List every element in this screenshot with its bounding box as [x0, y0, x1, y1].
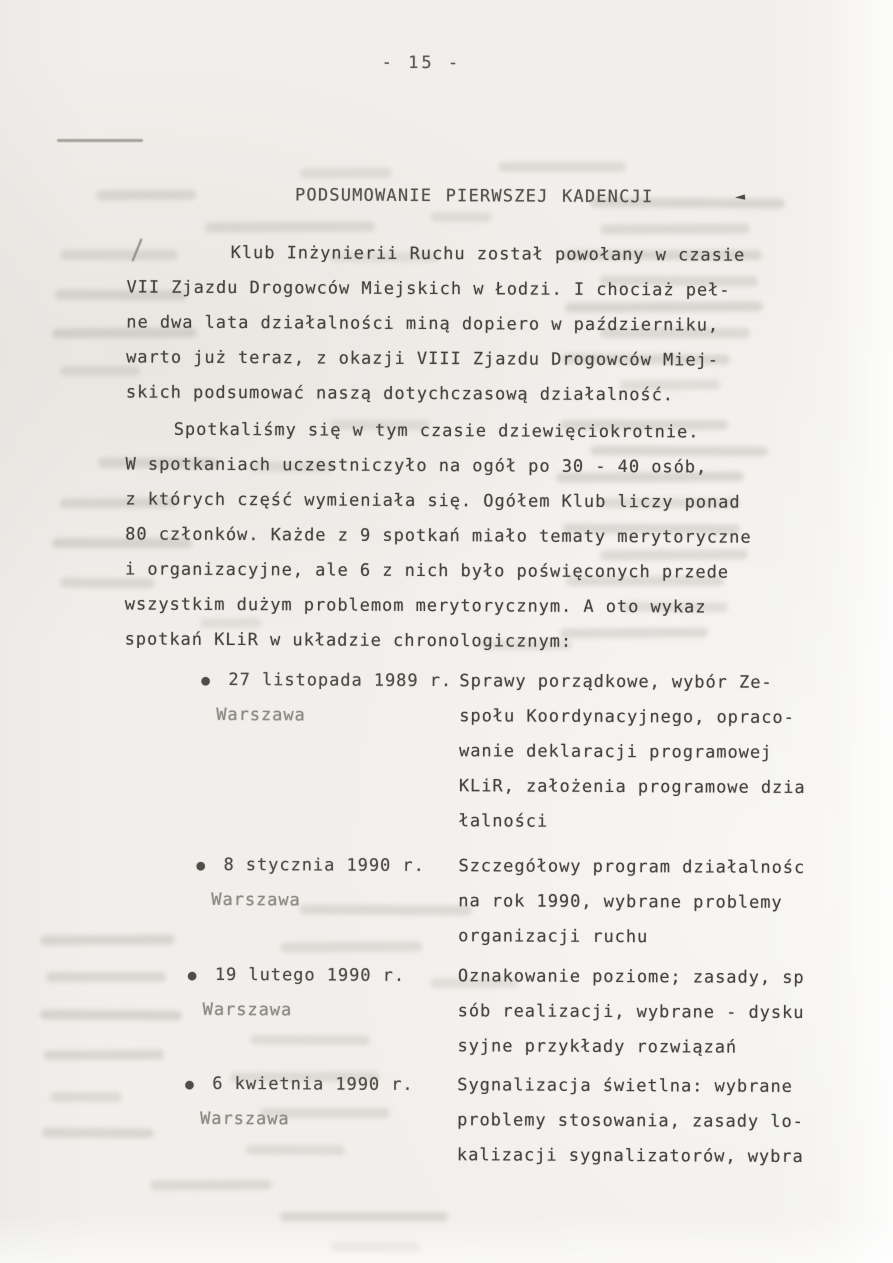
meeting-topic-line: organizacji ruchu [458, 919, 878, 956]
paragraph: Spotkaliśmy się w tym czasie dziewięciok… [125, 412, 861, 661]
meeting-entry: ●27 listopada 1989 r.WarszawaSprawy porz… [0, 662, 890, 667]
paragraph-line: Klub Inżynierii Ruchu został powołany w … [231, 236, 862, 274]
meeting-topic-line: kalizacji sygnalizatorów, wybra [457, 1138, 877, 1175]
paragraph-line: skich podsumować naszą dotychczasową dzi… [126, 375, 861, 414]
paragraphs: Klub Inżynierii Ruchu został powołany w … [0, 0, 893, 2]
meeting-topic-line: łalności [459, 804, 879, 841]
meeting-topic-line: syjne przykłady rozwiązań [457, 1029, 877, 1066]
meeting-place: Warszawa [203, 993, 405, 1029]
paragraph-line: z których część wymieniała się. Ogółem K… [125, 482, 860, 521]
paragraph-line: 80 członków. Każde z 9 spotkań miało tem… [125, 517, 860, 556]
meeting-entry: ●19 lutego 1990 r.WarszawaOznakowanie po… [0, 957, 888, 962]
meeting-topic: Sprawy porządkowe, wybór Ze-społu Koordy… [459, 664, 880, 841]
meeting-topic-line: sób realizacji, wybrane - dysku [458, 994, 878, 1031]
page-content: - 15 - PODSUMOWANIE PIERWSZEJ KADENCJI ◄… [0, 0, 893, 1263]
meeting-topic-line: Sygnalizacja świetlna: wybrane [457, 1068, 877, 1105]
meeting-topic-line: Oznakowanie poziome; zasady, sp [458, 959, 878, 996]
meeting-entry: ●6 kwietnia 1990 r.WarszawaSygnalizacja … [0, 1066, 887, 1071]
paragraph-line: W spotkaniach uczestniczyło na ogół po 3… [125, 447, 860, 486]
paragraph-line: i organizacyjne, ale 6 z nich było poświ… [125, 552, 860, 591]
scanned-page: - 15 - PODSUMOWANIE PIERWSZEJ KADENCJI ◄… [0, 0, 893, 1263]
meeting-date: ●19 lutego 1990 r. [215, 958, 405, 994]
meeting-left-column: ●8 stycznia 1990 r.Warszawa [223, 848, 425, 919]
meeting-left-column: ●6 kwietnia 1990 r.Warszawa [212, 1067, 414, 1138]
meeting-place: Warszawa [200, 1102, 414, 1138]
meeting-topic-line: społu Koordynacyjnego, opraco- [459, 699, 879, 736]
meeting-place: Warszawa [216, 698, 452, 734]
meeting-entry: ●8 stycznia 1990 r.WarszawaSzczegółowy p… [0, 847, 889, 852]
paragraph-line: spotkań KLiR w układzie chronologicznym: [125, 622, 860, 661]
meeting-left-column: ●27 listopada 1989 r.Warszawa [228, 663, 452, 734]
paragraph-line: Spotkaliśmy się w tym czasie dziewięciok… [174, 413, 861, 452]
meeting-date: ●27 listopada 1989 r. [228, 663, 452, 699]
meeting-topic: Oznakowanie poziome; zasady, spsób reali… [457, 959, 878, 1066]
margin-arrow-icon: ◄ [734, 191, 746, 204]
meeting-topic-line: KLiR, założenia programowe dzia [459, 769, 879, 806]
meeting-place: Warszawa [211, 883, 425, 919]
meeting-topic-line: Szczegółowy program działalnośc [458, 849, 878, 886]
meeting-topic-line: na rok 1990, wybrane problemy [458, 884, 878, 921]
meeting-topic-line: problemy stosowania, zasady lo- [457, 1103, 877, 1140]
meeting-topic-line: wanie deklaracji programowej [459, 734, 879, 771]
bullet-icon: ● [196, 849, 206, 884]
meeting-topic: Szczegółowy program działalnoścna rok 19… [458, 849, 879, 956]
paragraph-line: wszystkim dużym problemom merytorycznym.… [125, 587, 860, 626]
paragraph-line: ne dwa lata działalności miną dopiero w … [126, 305, 861, 344]
paragraph: Klub Inżynierii Ruchu został powołany w … [126, 235, 862, 414]
paragraph-line: VII Zjazdu Drogowców Miejskich w Łodzi. … [126, 270, 861, 309]
meeting-topic: Sygnalizacja świetlna: wybraneproblemy s… [457, 1068, 878, 1175]
meeting-left-column: ●19 lutego 1990 r.Warszawa [215, 958, 406, 1029]
page-number: - 15 - [382, 53, 462, 73]
bullet-icon: ● [201, 664, 211, 699]
meeting-date: ●8 stycznia 1990 r. [223, 848, 425, 884]
meeting-topic-line: Sprawy porządkowe, wybór Ze- [459, 664, 879, 701]
bullet-icon: ● [185, 1068, 195, 1103]
paragraph-line: warto już teraz, z okazji VIII Zjazdu Dr… [126, 340, 861, 379]
page-title: PODSUMOWANIE PIERWSZEJ KADENCJI [295, 185, 654, 207]
bullet-icon: ● [188, 959, 198, 994]
meeting-list: ●27 listopada 1989 r.WarszawaSprawy porz… [0, 0, 893, 2]
meeting-date: ●6 kwietnia 1990 r. [212, 1067, 414, 1103]
